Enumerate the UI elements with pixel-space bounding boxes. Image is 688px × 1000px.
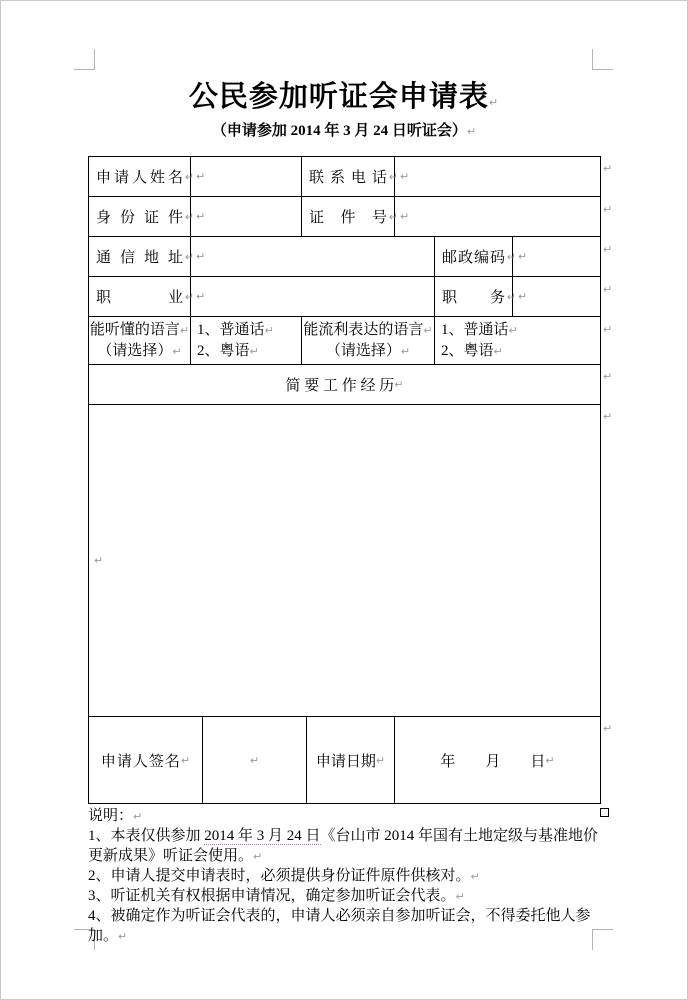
postal-code-field[interactable]: ↵ xyxy=(513,237,600,276)
option-cantonese: 2、粤语 xyxy=(197,343,250,359)
signature-label: 申请人签名 xyxy=(101,750,181,771)
table-row-address: 通信地址 ↵ ↵ 邮政编码 ↵ ↵ xyxy=(89,236,600,276)
paragraph-mark-icon: ↵ xyxy=(196,291,205,302)
note-1-date-smart-tag: 2014 年 3 月 24 日 xyxy=(204,828,320,845)
listen-language-option-1[interactable]: 1、普通话↵ xyxy=(197,320,301,341)
paragraph-mark-icon: ↵ xyxy=(471,870,480,883)
id-document-label: 身份证件 xyxy=(89,206,190,227)
listen-language-label-line2: （请选择）↵ xyxy=(89,341,190,362)
listen-language-label-line1: 能听懂的语言↵ xyxy=(89,320,190,341)
row-end-mark-icon: ↵ xyxy=(603,411,612,422)
paragraph-mark-icon: ↵ xyxy=(196,211,205,222)
paragraph-mark-icon: ↵ xyxy=(507,291,516,302)
table-row-signature: 申请人签名↵ ↵ 申请日期↵ 年 月 日↵ xyxy=(89,716,600,803)
paragraph-mark-icon: ↵ xyxy=(389,211,398,222)
postal-code-label: 邮政编码 xyxy=(435,246,512,267)
note-item-2: 2、申请人提交申请表时，必须提供身份证件原件供核对。↵ xyxy=(88,866,604,886)
paragraph-mark-icon: ↵ xyxy=(456,890,465,903)
paragraph-mark-icon: ↵ xyxy=(494,345,503,358)
option-mandarin: 1、普通话 xyxy=(197,322,265,338)
mailing-address-label-cell: 通信地址 ↵ xyxy=(89,237,191,276)
paragraph-mark-icon: ↵ xyxy=(133,810,142,823)
table-row-occupation: 职业 ↵ ↵ 职务 ↵ ↵ xyxy=(89,276,600,316)
paragraph-mark-icon: ↵ xyxy=(181,755,190,766)
row-end-mark-icon: ↵ xyxy=(603,204,612,215)
paragraph-mark-icon: ↵ xyxy=(118,930,127,943)
option-mandarin: 1、普通话 xyxy=(441,322,509,338)
mailing-address-field[interactable]: ↵ xyxy=(191,237,435,276)
paragraph-mark-icon: ↵ xyxy=(94,555,103,566)
applicant-name-label-cell: 申请人姓名 ↵ xyxy=(89,157,191,196)
postal-code-label-cell: 邮政编码 ↵ xyxy=(435,237,513,276)
applicant-name-field[interactable]: ↵ xyxy=(191,157,302,196)
notes-heading: 说明：↵ xyxy=(88,806,604,826)
row-end-mark-icon: ↵ xyxy=(603,723,612,734)
document-subtitle: （申请参加 2014 年 3 月 24 日听证会）↵ xyxy=(0,119,688,140)
paragraph-mark-icon: ↵ xyxy=(518,251,527,262)
paragraph-mark-icon: ↵ xyxy=(196,171,205,182)
row-end-mark-icon: ↵ xyxy=(603,163,612,174)
paragraph-mark-icon: ↵ xyxy=(545,755,554,766)
apply-date-field[interactable]: 年 月 日↵ xyxy=(395,717,600,803)
margin-corner-mark-icon xyxy=(74,49,95,70)
paragraph-mark-icon: ↵ xyxy=(180,324,189,337)
speak-language-label-text: 能流利表达的语言 xyxy=(303,322,423,338)
row-end-mark-icon: ↵ xyxy=(603,371,612,382)
paragraph-mark-icon: ↵ xyxy=(423,324,432,337)
paragraph-mark-icon: ↵ xyxy=(265,324,274,337)
work-history-field[interactable]: ↵ xyxy=(89,405,600,716)
signature-field[interactable]: ↵ xyxy=(203,717,307,803)
paragraph-mark-icon: ↵ xyxy=(509,324,518,337)
work-history-header-cell: 简 要 工 作 经 历↵ xyxy=(89,365,600,404)
table-row-work-history-header: 简 要 工 作 经 历↵ xyxy=(89,364,600,404)
occupation-field[interactable]: ↵ xyxy=(191,277,435,316)
paragraph-mark-icon: ↵ xyxy=(389,171,398,182)
paragraph-mark-icon: ↵ xyxy=(467,125,476,138)
apply-date-label: 申请日期 xyxy=(316,750,376,771)
table-row-languages: 能听懂的语言↵ （请选择）↵ 1、普通话↵ 2、粤语↵ 能流利表达的语言↵ （请… xyxy=(89,316,600,364)
mailing-address-label: 通信地址 xyxy=(89,246,190,267)
paragraph-mark-icon: ↵ xyxy=(507,251,516,262)
listen-language-select-hint: （请选择） xyxy=(97,343,172,359)
speak-language-label-line1: 能流利表达的语言↵ xyxy=(302,320,434,341)
margin-corner-mark-icon xyxy=(592,49,613,70)
note-1-prefix: 1、本表仅供参加 xyxy=(88,828,204,844)
document-title: 公民参加听证会申请表↵ xyxy=(0,74,688,115)
contact-phone-field[interactable]: ↵ xyxy=(395,157,600,196)
work-history-header: 简 要 工 作 经 历 xyxy=(286,374,395,395)
listen-language-label-text: 能听懂的语言 xyxy=(90,322,180,338)
speak-language-label-line2: （请选择）↵ xyxy=(302,341,434,362)
position-label: 职务 xyxy=(435,286,512,307)
paragraph-mark-icon: ↵ xyxy=(185,171,194,182)
paragraph-mark-icon: ↵ xyxy=(394,379,403,390)
listen-language-label-cell: 能听懂的语言↵ （请选择）↵ xyxy=(89,317,191,364)
paragraph-mark-icon: ↵ xyxy=(172,345,181,358)
row-end-mark-icon: ↵ xyxy=(603,284,612,295)
table-row-id: 身份证件 ↵ ↵ 证件号 ↵ ↵ xyxy=(89,196,600,236)
speak-language-option-2[interactable]: 2、粤语↵ xyxy=(441,341,600,362)
paragraph-mark-icon: ↵ xyxy=(185,211,194,222)
paragraph-mark-icon: ↵ xyxy=(376,755,385,766)
document-title-text: 公民参加听证会申请表 xyxy=(189,81,489,113)
paragraph-mark-icon: ↵ xyxy=(196,251,205,262)
note-3-text: 3、听证机关有权根据申请情况，确定参加听证会代表。 xyxy=(88,888,456,904)
paragraph-mark-icon: ↵ xyxy=(185,251,194,262)
listen-language-option-2[interactable]: 2、粤语↵ xyxy=(197,341,301,362)
position-label-cell: 职务 ↵ xyxy=(435,277,513,316)
contact-phone-label-cell: 联系电话 ↵ xyxy=(302,157,395,196)
notes-section: 说明：↵ 1、本表仅供参加 2014 年 3 月 24 日《台山市 2014 年… xyxy=(88,806,604,946)
row-end-mark-icon: ↵ xyxy=(603,244,612,255)
option-cantonese: 2、粤语 xyxy=(441,343,494,359)
table-row-name-phone: 申请人姓名 ↵ ↵ 联系电话 ↵ ↵ xyxy=(89,157,600,196)
speak-language-option-1[interactable]: 1、普通话↵ xyxy=(441,320,600,341)
row-end-mark-icon: ↵ xyxy=(603,324,612,335)
note-2-text: 2、申请人提交申请表时，必须提供身份证件原件供核对。 xyxy=(88,868,471,884)
paragraph-mark-icon: ↵ xyxy=(250,345,259,358)
paragraph-mark-icon: ↵ xyxy=(185,291,194,302)
id-number-label: 证件号 xyxy=(302,206,394,227)
signature-label-cell: 申请人签名↵ xyxy=(89,717,203,803)
id-number-field[interactable]: ↵ xyxy=(395,197,600,236)
paragraph-mark-icon: ↵ xyxy=(518,291,527,302)
listen-language-options-cell[interactable]: 1、普通话↵ 2、粤语↵ xyxy=(191,317,302,364)
paragraph-mark-icon: ↵ xyxy=(489,96,499,109)
paragraph-mark-icon: ↵ xyxy=(400,211,409,222)
applicant-name-label: 申请人姓名 xyxy=(89,166,190,187)
speak-language-label-cell: 能流利表达的语言↵ （请选择）↵ xyxy=(302,317,435,364)
notes-heading-text: 说明： xyxy=(88,808,133,824)
id-document-field[interactable]: ↵ xyxy=(191,197,302,236)
contact-phone-label: 联系电话 xyxy=(302,166,394,187)
speak-language-select-hint: （请选择） xyxy=(326,343,401,359)
speak-language-options-cell[interactable]: 1、普通话↵ 2、粤语↵ xyxy=(435,317,600,364)
id-number-label-cell: 证件号 ↵ xyxy=(302,197,395,236)
document-subtitle-text: （申请参加 2014 年 3 月 24 日听证会） xyxy=(212,123,467,139)
paragraph-mark-icon: ↵ xyxy=(253,850,262,863)
paragraph-mark-icon: ↵ xyxy=(400,171,409,182)
table-row-work-history: ↵ xyxy=(89,404,600,716)
occupation-label: 职业 xyxy=(89,286,190,307)
apply-date-label-cell: 申请日期↵ xyxy=(307,717,395,803)
application-form-table: 申请人姓名 ↵ ↵ 联系电话 ↵ ↵ 身份证件 ↵ ↵ 证件号 ↵ ↵ xyxy=(88,156,601,804)
note-item-3: 3、听证机关有权根据申请情况，确定参加听证会代表。↵ xyxy=(88,886,604,906)
position-field[interactable]: ↵ xyxy=(513,277,600,316)
paragraph-mark-icon: ↵ xyxy=(401,345,410,358)
note-4-text: 4、被确定作为听证会代表的，申请人必须亲自参加听证会，不得委托他人参加。 xyxy=(88,908,591,944)
paragraph-mark-icon: ↵ xyxy=(250,755,259,766)
note-item-1: 1、本表仅供参加 2014 年 3 月 24 日《台山市 2014 年国有土地定… xyxy=(88,826,604,866)
date-placeholder: 年 月 日 xyxy=(440,750,545,771)
occupation-label-cell: 职业 ↵ xyxy=(89,277,191,316)
note-item-4: 4、被确定作为听证会代表的，申请人必须亲自参加听证会，不得委托他人参加。↵ xyxy=(88,906,604,946)
id-document-label-cell: 身份证件 ↵ xyxy=(89,197,191,236)
